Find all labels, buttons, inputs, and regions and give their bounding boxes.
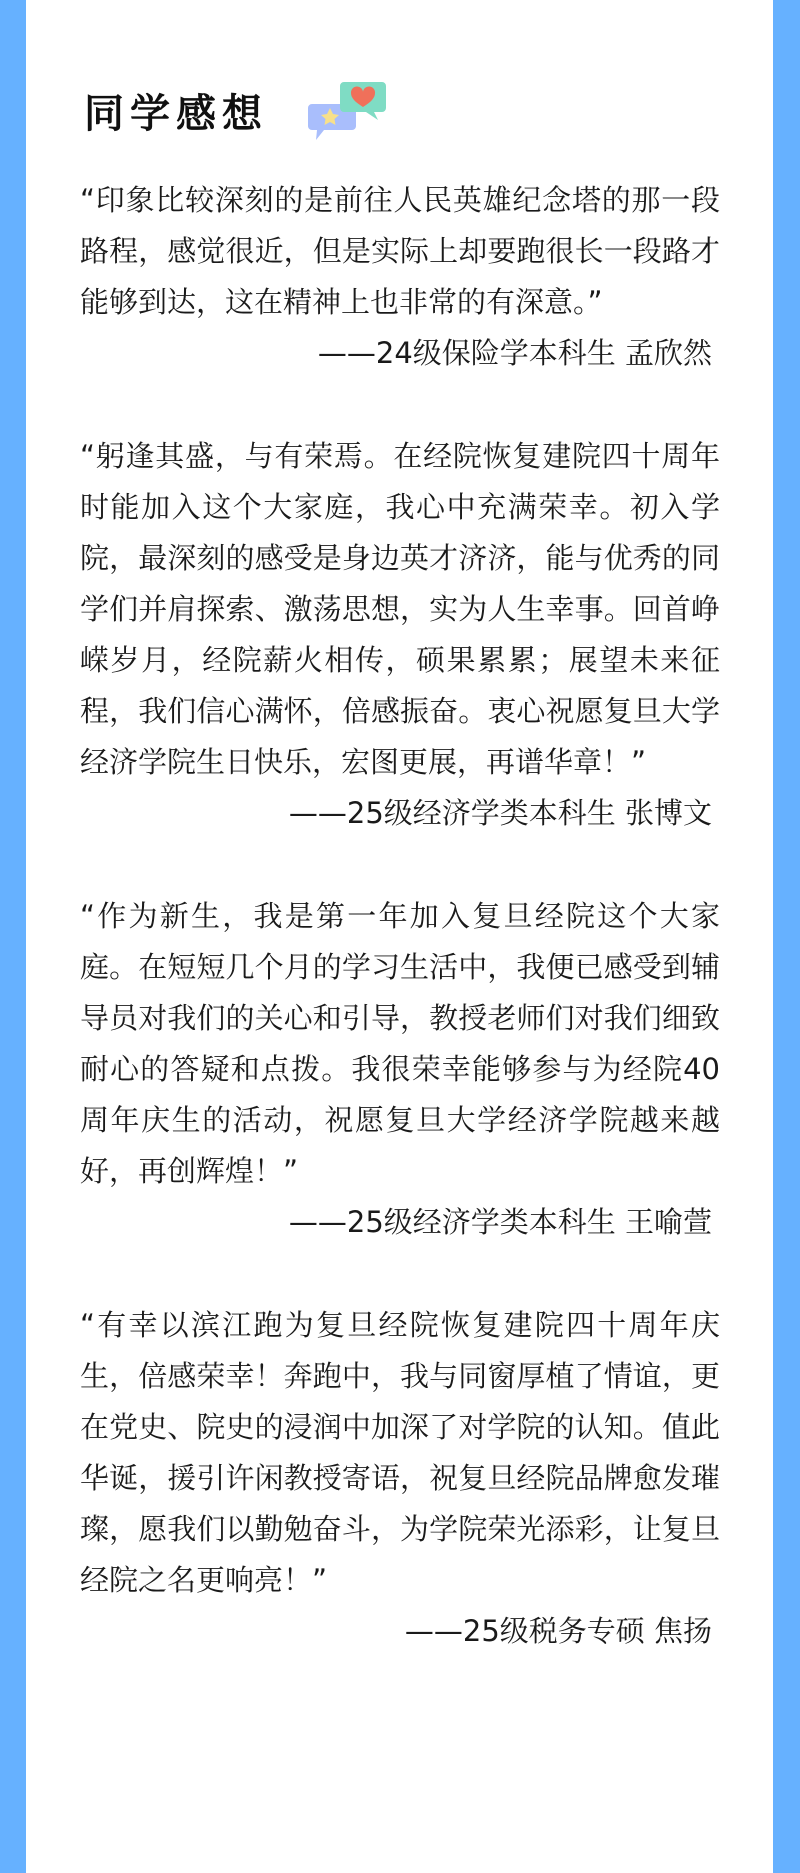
- testimonial-quote: “躬逢其盛，与有荣焉。在经院恢复建院四十周年时能加入这个大家庭，我心中充满荣幸。…: [80, 431, 720, 788]
- testimonial-item: “印象比较深刻的是前往人民英雄纪念塔的那一段路程，感觉很近，但是实际上却要跑很长…: [80, 175, 720, 379]
- testimonial-author: ——24级保险学本科生 孟欣然: [80, 328, 720, 379]
- testimonial-item: “作为新生，我是第一年加入复旦经院这个大家庭。在短短几个月的学习生活中，我便已感…: [80, 891, 720, 1248]
- chat-bubbles-icon: [308, 74, 388, 146]
- section-title: 同学感想: [84, 82, 268, 139]
- testimonial-item: “躬逢其盛，与有荣焉。在经院恢复建院四十周年时能加入这个大家庭，我心中充满荣幸。…: [80, 431, 720, 839]
- testimonial-author: ——25级税务专硕 焦扬: [80, 1606, 720, 1657]
- testimonial-quote: “作为新生，我是第一年加入复旦经院这个大家庭。在短短几个月的学习生活中，我便已感…: [80, 891, 720, 1197]
- testimonials-list: “印象比较深刻的是前往人民英雄纪念塔的那一段路程，感觉很近，但是实际上却要跑很长…: [80, 175, 720, 1709]
- left-border-bar: [0, 0, 26, 1873]
- section-header: 同学感想: [84, 80, 268, 140]
- testimonial-quote: “印象比较深刻的是前往人民英雄纪念塔的那一段路程，感觉很近，但是实际上却要跑很长…: [80, 175, 720, 328]
- testimonial-author: ——25级经济学类本科生 张博文: [80, 788, 720, 839]
- testimonial-author: ——25级经济学类本科生 王喻萱: [80, 1197, 720, 1248]
- testimonial-item: “有幸以滨江跑为复旦经院恢复建院四十周年庆生，倍感荣幸！奔跑中，我与同窗厚植了情…: [80, 1300, 720, 1657]
- right-border-bar: [773, 0, 800, 1873]
- testimonial-quote: “有幸以滨江跑为复旦经院恢复建院四十周年庆生，倍感荣幸！奔跑中，我与同窗厚植了情…: [80, 1300, 720, 1606]
